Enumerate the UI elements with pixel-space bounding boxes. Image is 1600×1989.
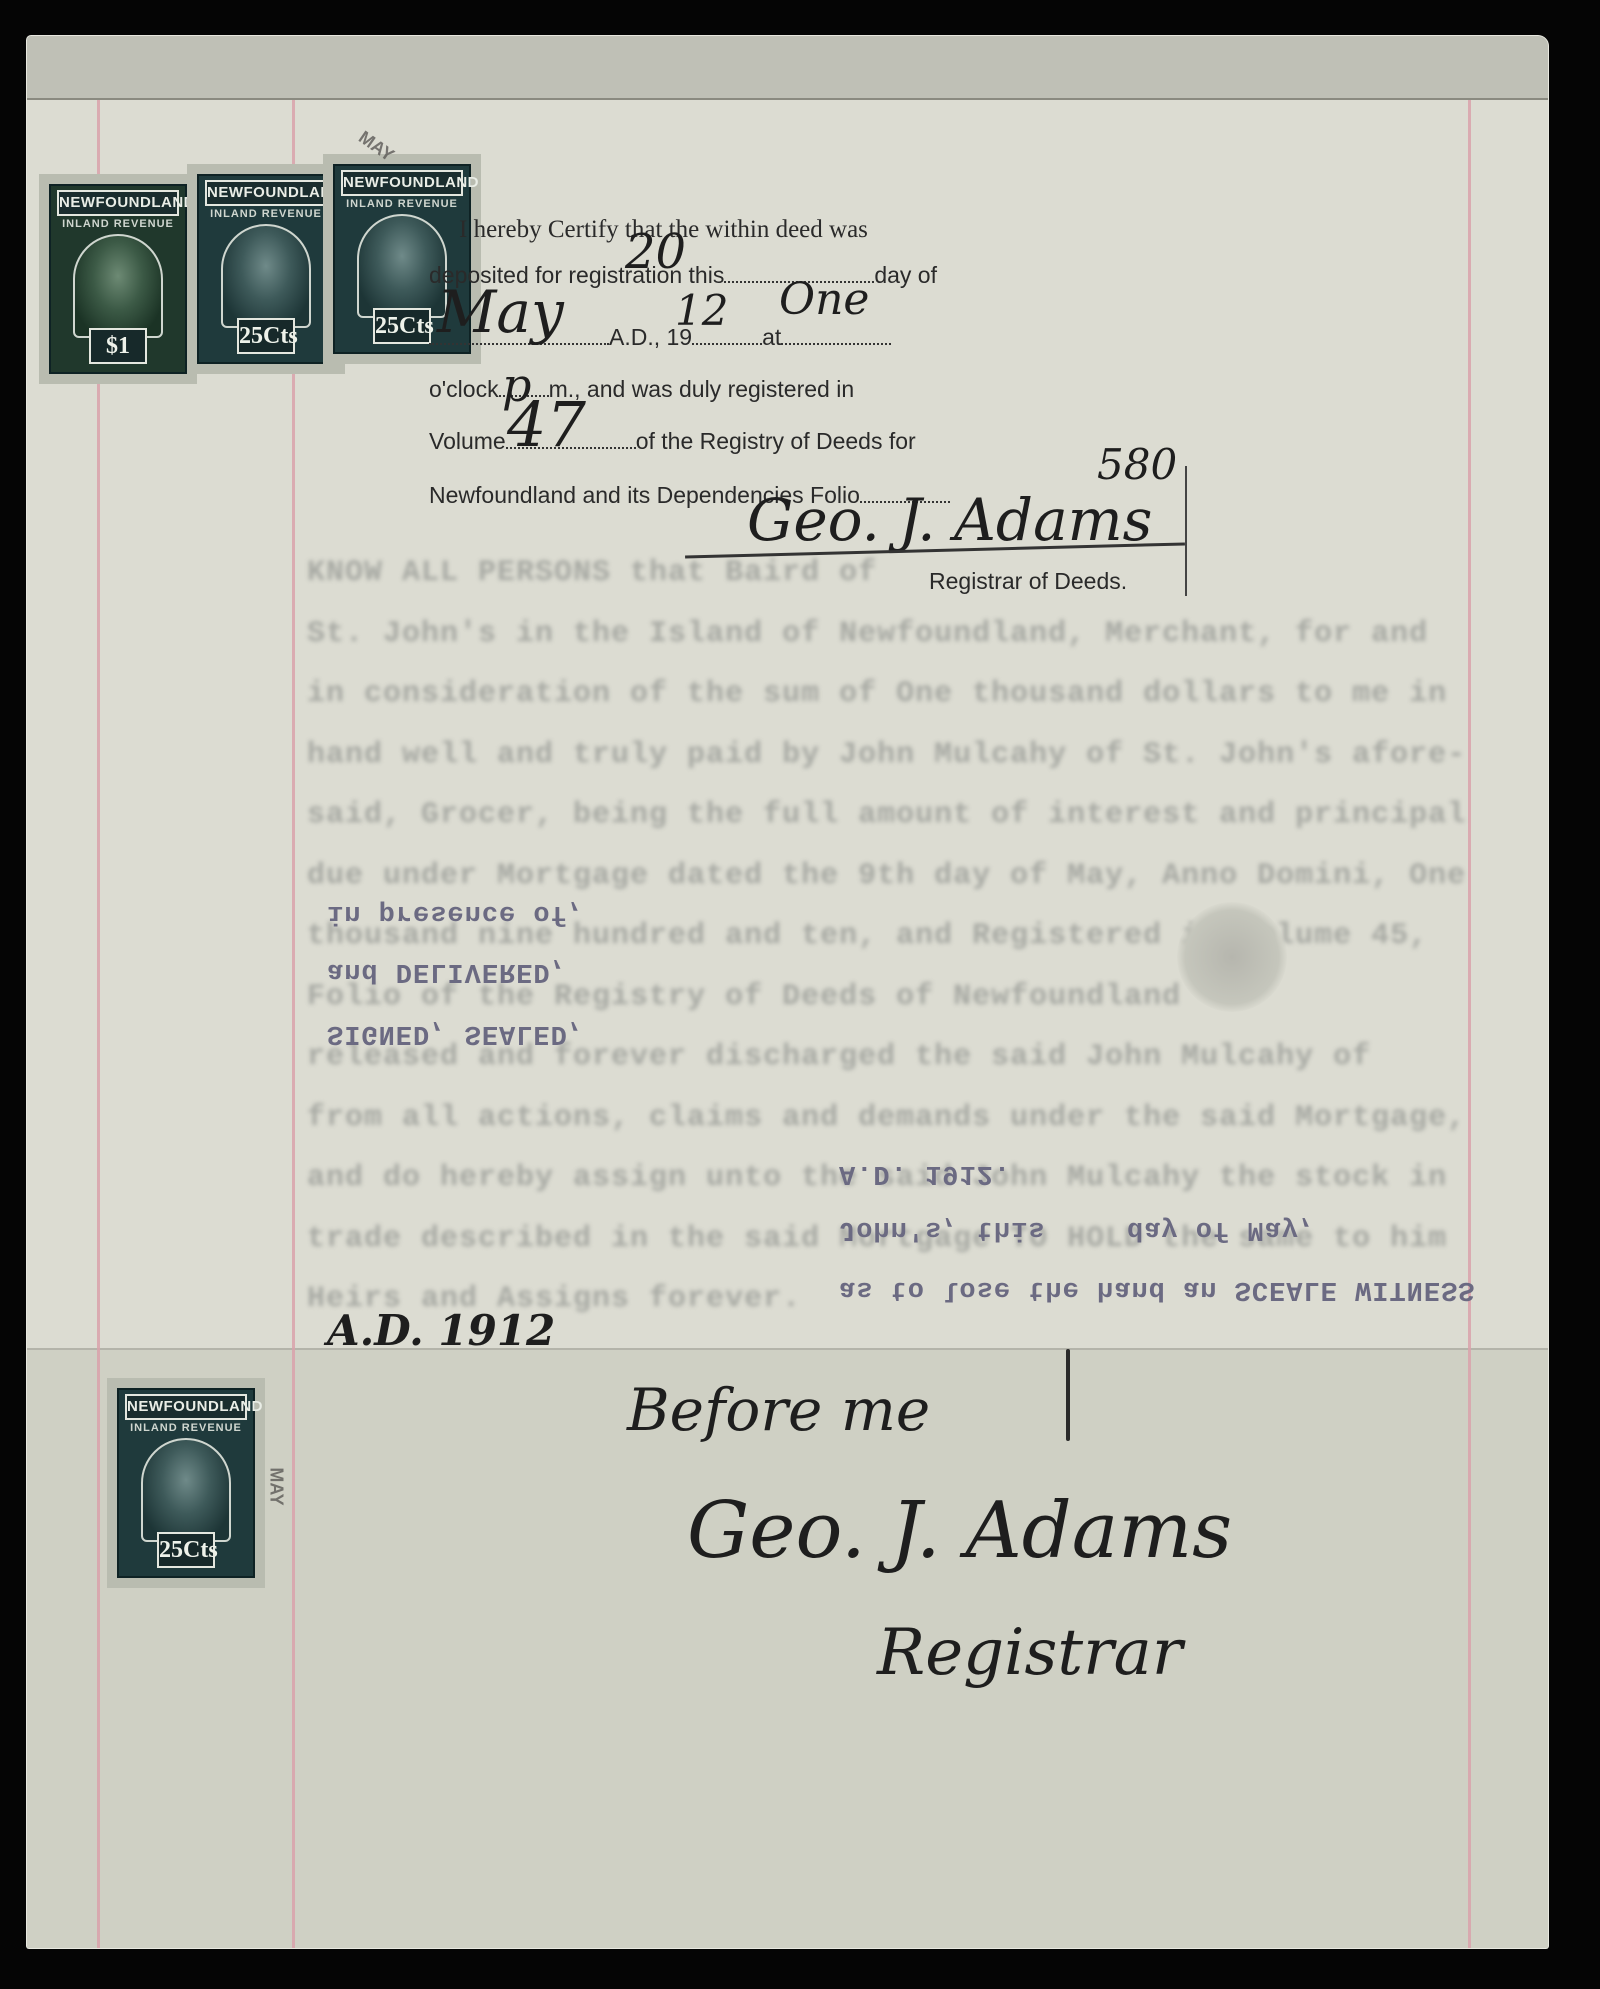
ghost-text-line: in consideration of the sum of One thous… — [307, 677, 1447, 711]
ink-stroke — [1066, 1349, 1070, 1441]
king-portrait — [221, 224, 311, 328]
ghost-text-line: from all actions, claims and demands und… — [307, 1101, 1466, 1135]
mirrored-signed-sealed: SIGNED, SEALED, — [327, 1018, 585, 1048]
margin-line-inner-left — [292, 100, 295, 1948]
mirrored-witness: as to lose the hand an SCEALE WITNESS — [839, 1274, 1476, 1304]
handwritten-ad-year: A.D. 1912 — [327, 1306, 555, 1355]
mirrored-in-presence: in presence of, — [327, 898, 585, 928]
certificate-line-5: Volumeof the Registry of Deeds for — [429, 428, 916, 455]
top-fold-flap — [27, 36, 1548, 100]
mirrored-ad-year: A.D. 1912. — [839, 1158, 1011, 1188]
mirrored-delivered: and DELIVERED, — [327, 956, 568, 986]
ghost-text-line: St. John's in the Island of Newfoundland… — [307, 617, 1428, 651]
king-portrait — [73, 234, 163, 338]
ghost-text-line: due under Mortgage dated the 9th day of … — [307, 859, 1466, 893]
certificate-line-4: o'clockm., and was duly registered in — [429, 376, 854, 403]
king-portrait — [141, 1438, 231, 1542]
handwritten-registrar-title: Registrar — [877, 1616, 1182, 1690]
registrar-signature-top: Geo. J. Adams — [747, 486, 1152, 554]
handwritten-year: 12 — [675, 286, 728, 335]
revenue-stamp-1-dollar: NEWFOUNDLAND INLAND REVENUE $1 — [39, 174, 197, 384]
handwritten-before-me: Before me — [627, 1376, 930, 1444]
deed-page: KNOW ALL PERSONS that Baird ofSt. John's… — [27, 36, 1548, 1948]
registrar-label: Registrar of Deeds. — [929, 568, 1127, 595]
revenue-stamp-25-cents-a: NEWFOUNDLAND INLAND REVENUE 25Cts — [187, 164, 345, 374]
embossed-seal — [1177, 902, 1287, 1012]
ghost-text-line: KNOW ALL PERSONS that Baird of — [307, 556, 877, 590]
handwritten-hour: One — [779, 274, 869, 325]
certificate-box-edge — [1185, 466, 1187, 596]
handwritten-day: 20 — [625, 224, 686, 280]
mirrored-johns-this: John's, this — [839, 1214, 1045, 1244]
mirrored-day-of-may: day of May, — [1127, 1214, 1316, 1244]
cancel-mark-bottom: MAY — [266, 1467, 287, 1505]
handwritten-folio: 580 — [1097, 440, 1177, 489]
margin-line-right — [1468, 100, 1471, 1948]
revenue-stamp-25-cents-bottom: NEWFOUNDLAND INLAND REVENUE 25Cts — [107, 1378, 265, 1588]
ghost-text-line: said, Grocer, being the full amount of i… — [307, 798, 1466, 832]
registrar-signature-bottom: Geo. J. Adams — [687, 1486, 1232, 1576]
handwritten-volume: 47 — [507, 388, 586, 461]
ghost-text-line: hand well and truly paid by John Mulcahy… — [307, 738, 1466, 772]
handwritten-month: May — [437, 278, 564, 346]
